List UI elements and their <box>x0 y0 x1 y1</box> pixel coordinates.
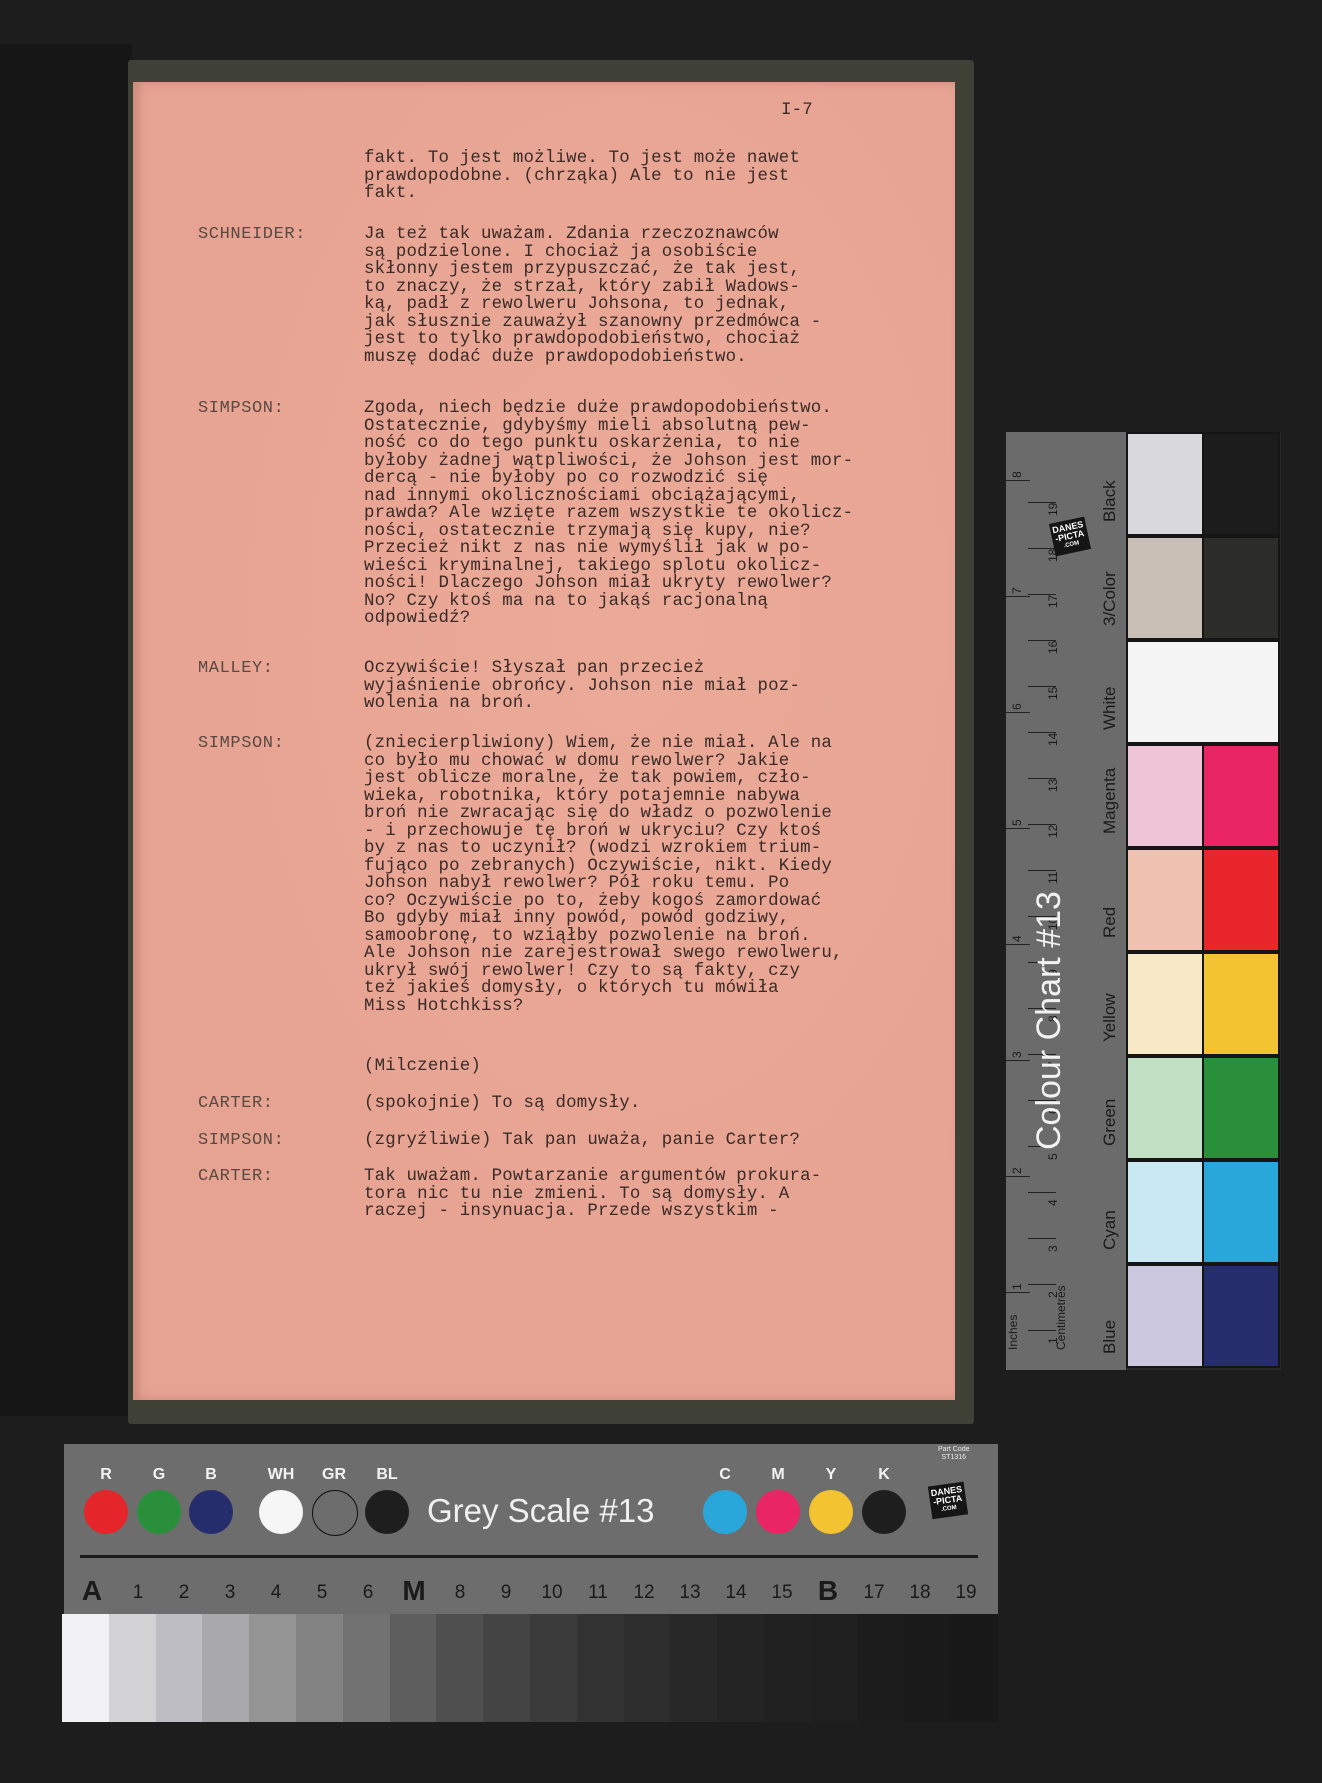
inch-number: 2 <box>1010 1167 1024 1174</box>
colour-patch-magenta-light <box>1126 744 1204 848</box>
grey-step-label: 12 <box>629 1582 659 1604</box>
inches-label: Inches <box>1006 1315 1020 1350</box>
inch-number: 3 <box>1010 1051 1024 1058</box>
speech-block: (zniecierpliwiony) Wiem, że nie miał. Al… <box>364 735 884 1015</box>
danes-picta-logo-2: DANES-PICTA.COM <box>928 1482 968 1520</box>
inch-number: 1 <box>1010 1283 1024 1290</box>
page-number: I-7 <box>781 102 813 120</box>
grey-scale-strip <box>62 1614 998 1722</box>
grey-step-label: 15 <box>767 1582 797 1604</box>
swatch-dot-gr <box>312 1490 358 1536</box>
grey-step-label: 17 <box>859 1582 889 1604</box>
cm-number: 11 <box>1046 872 1060 884</box>
grey-step-label: 8 <box>445 1582 475 1604</box>
colour-chart-title: Colour Chart #13 <box>1030 891 1069 1150</box>
inch-tick <box>1006 480 1030 481</box>
grey-step-patch <box>249 1614 296 1722</box>
speaker-label: SIMPSON: <box>198 400 284 418</box>
grey-step-label: B <box>813 1575 843 1607</box>
grey-step-patch <box>343 1614 390 1722</box>
cm-number: 4 <box>1046 1199 1060 1206</box>
grey-step-label: 2 <box>169 1582 199 1604</box>
swatch-dot-label: BL <box>357 1466 417 1484</box>
inch-tick <box>1006 1292 1030 1293</box>
grey-step-patch <box>296 1614 343 1722</box>
cm-number: 5 <box>1046 1153 1060 1160</box>
cm-tick <box>1028 1330 1056 1331</box>
speaker-label: SCHNEIDER: <box>198 226 306 244</box>
speech-block: fakt. To jest możliwe. To jest może nawe… <box>364 150 884 203</box>
grey-scale-divider <box>80 1555 978 1558</box>
inch-number: 8 <box>1010 471 1024 478</box>
swatch-dot-c <box>703 1490 747 1534</box>
inch-number: 7 <box>1010 587 1024 594</box>
colour-patch-label: Green <box>1100 1099 1120 1146</box>
grey-step-label: 5 <box>307 1582 337 1604</box>
swatch-dot-label: Y <box>801 1466 861 1484</box>
colour-patch-red-light <box>1126 848 1204 952</box>
grey-step-label: 3 <box>215 1582 245 1604</box>
swatch-dot-label: K <box>854 1466 914 1484</box>
grey-scale-title: Grey Scale #13 <box>427 1492 654 1530</box>
grey-step-label: 19 <box>951 1582 981 1604</box>
swatch-dot-y <box>809 1490 853 1534</box>
grey-step-patch <box>811 1614 858 1722</box>
cm-number: 16 <box>1046 641 1060 654</box>
colour-patch-magenta-dark <box>1202 744 1280 848</box>
swatch-dot-label: G <box>129 1466 189 1484</box>
inch-tick <box>1006 1060 1030 1061</box>
colour-patch-cyan-light <box>1126 1160 1204 1264</box>
grey-step-patch <box>483 1614 530 1722</box>
grey-step-label: 11 <box>583 1582 613 1604</box>
colour-patch-label: Cyan <box>1100 1210 1120 1250</box>
speech-block: (zgryźliwie) Tak pan uważa, panie Carter… <box>364 1132 884 1150</box>
colour-patch-blue-dark <box>1202 1264 1280 1368</box>
cm-number: 14 <box>1046 733 1060 746</box>
cm-tick <box>1028 1192 1056 1193</box>
grey-step-label: 14 <box>721 1582 751 1604</box>
speaker-label: MALLEY: <box>198 660 274 678</box>
speaker-label: SIMPSON: <box>198 1132 284 1150</box>
colour-patch-green-light <box>1126 1056 1204 1160</box>
colour-patch-label: 3/Color <box>1100 571 1120 626</box>
grey-step-patch <box>436 1614 483 1722</box>
grey-step-label: 9 <box>491 1582 521 1604</box>
inch-tick <box>1006 712 1030 713</box>
grey-step-label: 10 <box>537 1582 567 1604</box>
grey-step-patch <box>530 1614 577 1722</box>
swatch-dot-r <box>84 1490 128 1534</box>
cm-number: 19 <box>1046 503 1060 516</box>
colour-patch-label: Red <box>1100 907 1120 938</box>
swatch-dot-bl <box>365 1490 409 1534</box>
grey-step-patch <box>670 1614 717 1722</box>
swatch-dot-label: M <box>748 1466 808 1484</box>
colour-patch-label: Black <box>1100 480 1120 522</box>
swatch-dot-label: R <box>76 1466 136 1484</box>
grey-step-patch <box>904 1614 951 1722</box>
cm-number: 13 <box>1046 779 1060 792</box>
grey-step-patch <box>624 1614 671 1722</box>
grey-step-label: 18 <box>905 1582 935 1604</box>
speaker-label: CARTER: <box>198 1168 274 1186</box>
centimetres-label: Centimetres <box>1054 1285 1068 1350</box>
colour-patch-label: Yellow <box>1100 993 1120 1042</box>
grey-step-label: 6 <box>353 1582 383 1604</box>
colour-patch-yellow-dark <box>1202 952 1280 1056</box>
binder-shadow <box>0 44 132 1416</box>
speech-block: Zgoda, niech będzie duże prawdopodobieńs… <box>364 400 884 628</box>
grey-step-label: 1 <box>123 1582 153 1604</box>
colour-patch-black-dark <box>1202 432 1280 536</box>
colour-patch-red-dark <box>1202 848 1280 952</box>
colour-patch-white <box>1126 640 1280 744</box>
swatch-dot-wh <box>259 1490 303 1534</box>
swatch-dot-m <box>756 1490 800 1534</box>
speech-block: (spokojnie) To są domysły. <box>364 1095 884 1113</box>
inch-tick <box>1006 828 1030 829</box>
colour-patch-green-dark <box>1202 1056 1280 1160</box>
cm-number: 15 <box>1046 687 1060 700</box>
grey-step-label: 4 <box>261 1582 291 1604</box>
grey-step-patch <box>62 1614 109 1722</box>
colour-patch-blue-light <box>1126 1264 1204 1368</box>
swatch-dot-g <box>137 1490 181 1534</box>
swatch-dot-b <box>189 1490 233 1534</box>
part-code: Part CodeST1316 <box>938 1446 970 1462</box>
inch-tick <box>1006 944 1030 945</box>
speaker-label: SIMPSON: <box>198 735 284 753</box>
grey-step-patch <box>858 1614 905 1722</box>
grey-step-patch <box>717 1614 764 1722</box>
cm-number: 3 <box>1046 1245 1060 1252</box>
colour-patch-label: Blue <box>1100 1320 1120 1354</box>
colour-patch-black-light <box>1126 432 1204 536</box>
cm-number: 12 <box>1046 825 1060 838</box>
swatch-dot-label: C <box>695 1466 755 1484</box>
colour-patch-3-color-dark <box>1202 536 1280 640</box>
speech-block: Tak uważam. Powtarzanie argumentów proku… <box>364 1168 884 1221</box>
inch-tick <box>1006 596 1030 597</box>
speech-block: Ja też tak uważam. Zdania rzeczoznawców … <box>364 226 884 366</box>
swatch-dot-label: B <box>181 1466 241 1484</box>
grey-step-patch <box>764 1614 811 1722</box>
grey-step-label: M <box>399 1575 429 1607</box>
grey-step-patch <box>109 1614 156 1722</box>
grey-step-patch <box>951 1614 998 1722</box>
swatch-dot-label: GR <box>304 1466 364 1484</box>
colour-patch-label: Magenta <box>1100 768 1120 834</box>
cm-tick <box>1028 1238 1056 1239</box>
colour-patch-3-color-light <box>1126 536 1204 640</box>
inch-number: 5 <box>1010 819 1024 826</box>
cm-tick <box>1028 1284 1056 1285</box>
inch-tick <box>1006 1176 1030 1177</box>
speech-block: (Milczenie) <box>364 1058 884 1076</box>
swatch-dot-k <box>862 1490 906 1534</box>
speech-block: Oczywiście! Słyszał pan przecież wyjaśni… <box>364 660 884 713</box>
grey-step-label: A <box>77 1575 107 1607</box>
colour-patch-label: White <box>1100 687 1120 730</box>
swatch-dot-label: WH <box>251 1466 311 1484</box>
grey-step-patch <box>390 1614 437 1722</box>
inch-number: 6 <box>1010 703 1024 710</box>
cm-number: 17 <box>1046 595 1060 608</box>
grey-step-label: 13 <box>675 1582 705 1604</box>
colour-patch-cyan-dark <box>1202 1160 1280 1264</box>
grey-step-patch <box>577 1614 624 1722</box>
grey-step-patch <box>156 1614 203 1722</box>
speaker-label: CARTER: <box>198 1095 274 1113</box>
inch-number: 4 <box>1010 935 1024 942</box>
grey-step-patch <box>202 1614 249 1722</box>
colour-patch-yellow-light <box>1126 952 1204 1056</box>
